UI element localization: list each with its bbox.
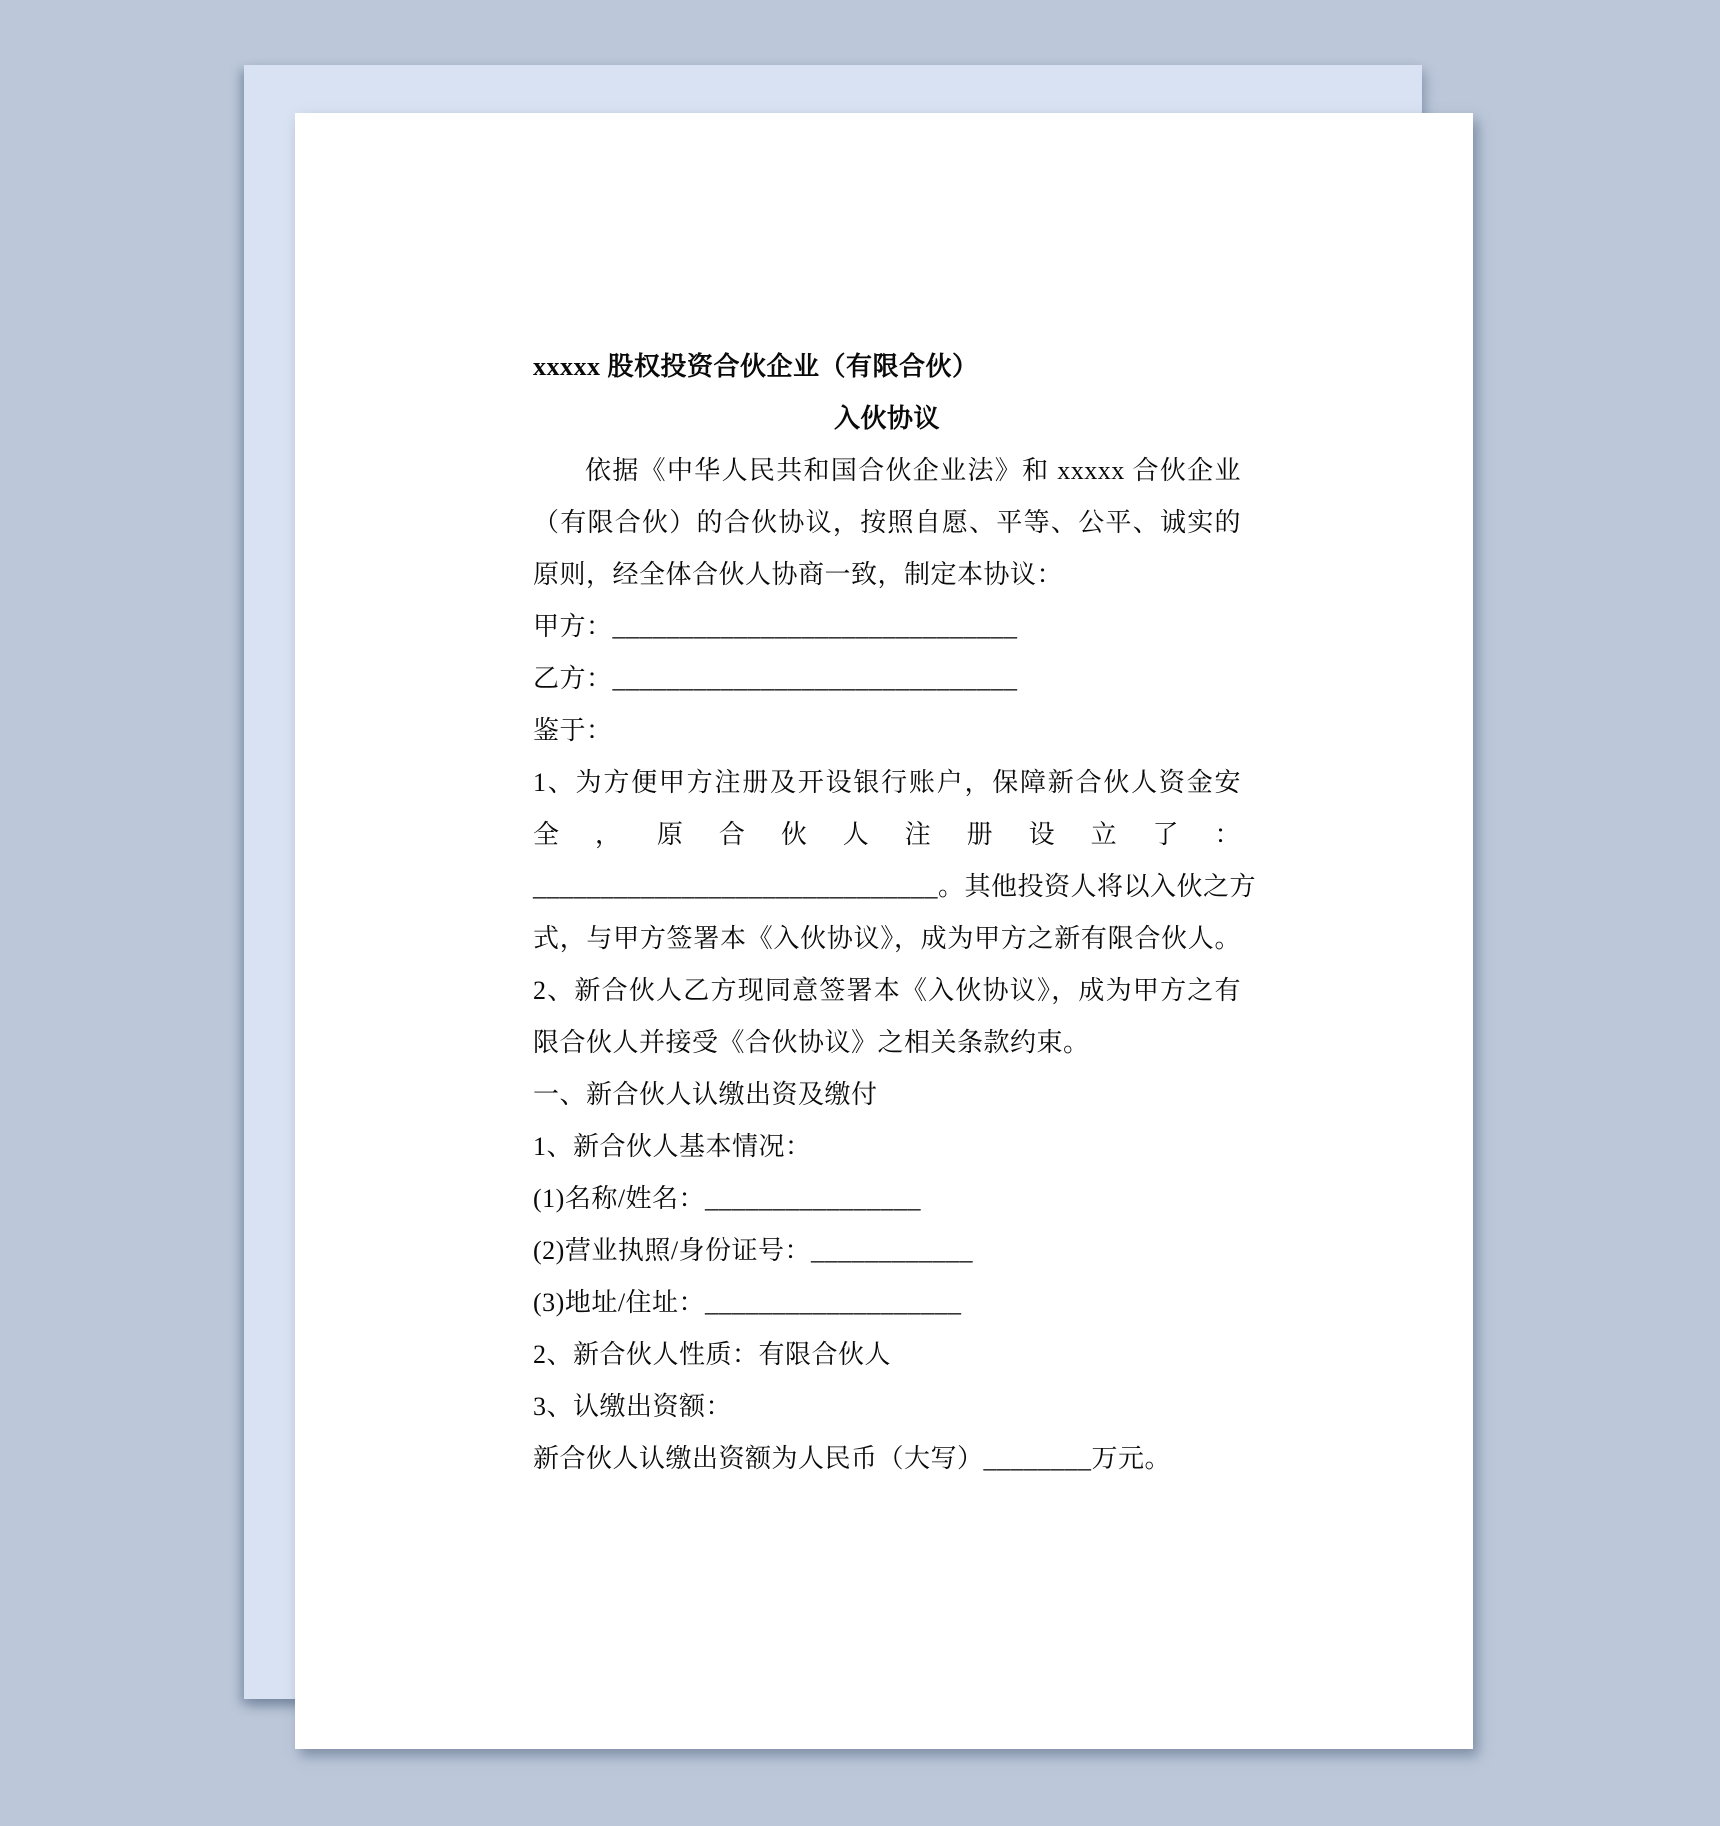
document-line: 式，与甲方签署本《入伙协议》，成为甲方之新有限合伙人。 [533, 913, 1241, 965]
document-line: (1)名称/姓名：________________ [533, 1173, 1241, 1225]
document-line: 依据《中华人民共和国合伙企业法》和 xxxxx 合伙企业 [533, 445, 1241, 497]
document-page: xxxxx 股权投资合伙企业（有限合伙）入伙协议依据《中华人民共和国合伙企业法》… [295, 113, 1473, 1749]
document-line: 甲方：______________________________ [533, 601, 1241, 653]
document-line: 乙方：______________________________ [533, 653, 1241, 705]
document-line: 3、认缴出资额： [533, 1381, 1241, 1433]
document-line: 新合伙人认缴出资额为人民币（大写）________万元。 [533, 1433, 1241, 1485]
document-line: 全 ， 原 合 伙 人 注 册 设 立 了 ： [533, 809, 1241, 861]
document-line: 原则，经全体合伙人协商一致，制定本协议： [533, 549, 1241, 601]
document-title: xxxxx 股权投资合伙企业（有限合伙） [533, 341, 1241, 393]
document-line: 1、新合伙人基本情况： [533, 1121, 1241, 1173]
document-line: 1、为方便甲方注册及开设银行账户，保障新合伙人资金安 [533, 757, 1241, 809]
document-line: ______________________________。其他投资人将以入伙… [533, 861, 1241, 913]
document-subtitle: 入伙协议 [533, 393, 1241, 445]
document-line: 2、新合伙人乙方现同意签署本《入伙协议》，成为甲方之有 [533, 965, 1241, 1017]
document-line: 鉴于： [533, 705, 1241, 757]
document-line: 一、新合伙人认缴出资及缴付 [533, 1069, 1241, 1121]
document-line: （有限合伙）的合伙协议，按照自愿、平等、公平、诚实的 [533, 497, 1241, 549]
document-line: 限合伙人并接受《合伙协议》之相关条款约束。 [533, 1017, 1241, 1069]
document-line: (3)地址/住址：___________________ [533, 1277, 1241, 1329]
document-line: (2)营业执照/身份证号：____________ [533, 1225, 1241, 1277]
document-line: 2、新合伙人性质：有限合伙人 [533, 1329, 1241, 1381]
document-body: xxxxx 股权投资合伙企业（有限合伙）入伙协议依据《中华人民共和国合伙企业法》… [533, 341, 1241, 1485]
desktop-background: xxxxx 股权投资合伙企业（有限合伙）入伙协议依据《中华人民共和国合伙企业法》… [0, 0, 1720, 1826]
